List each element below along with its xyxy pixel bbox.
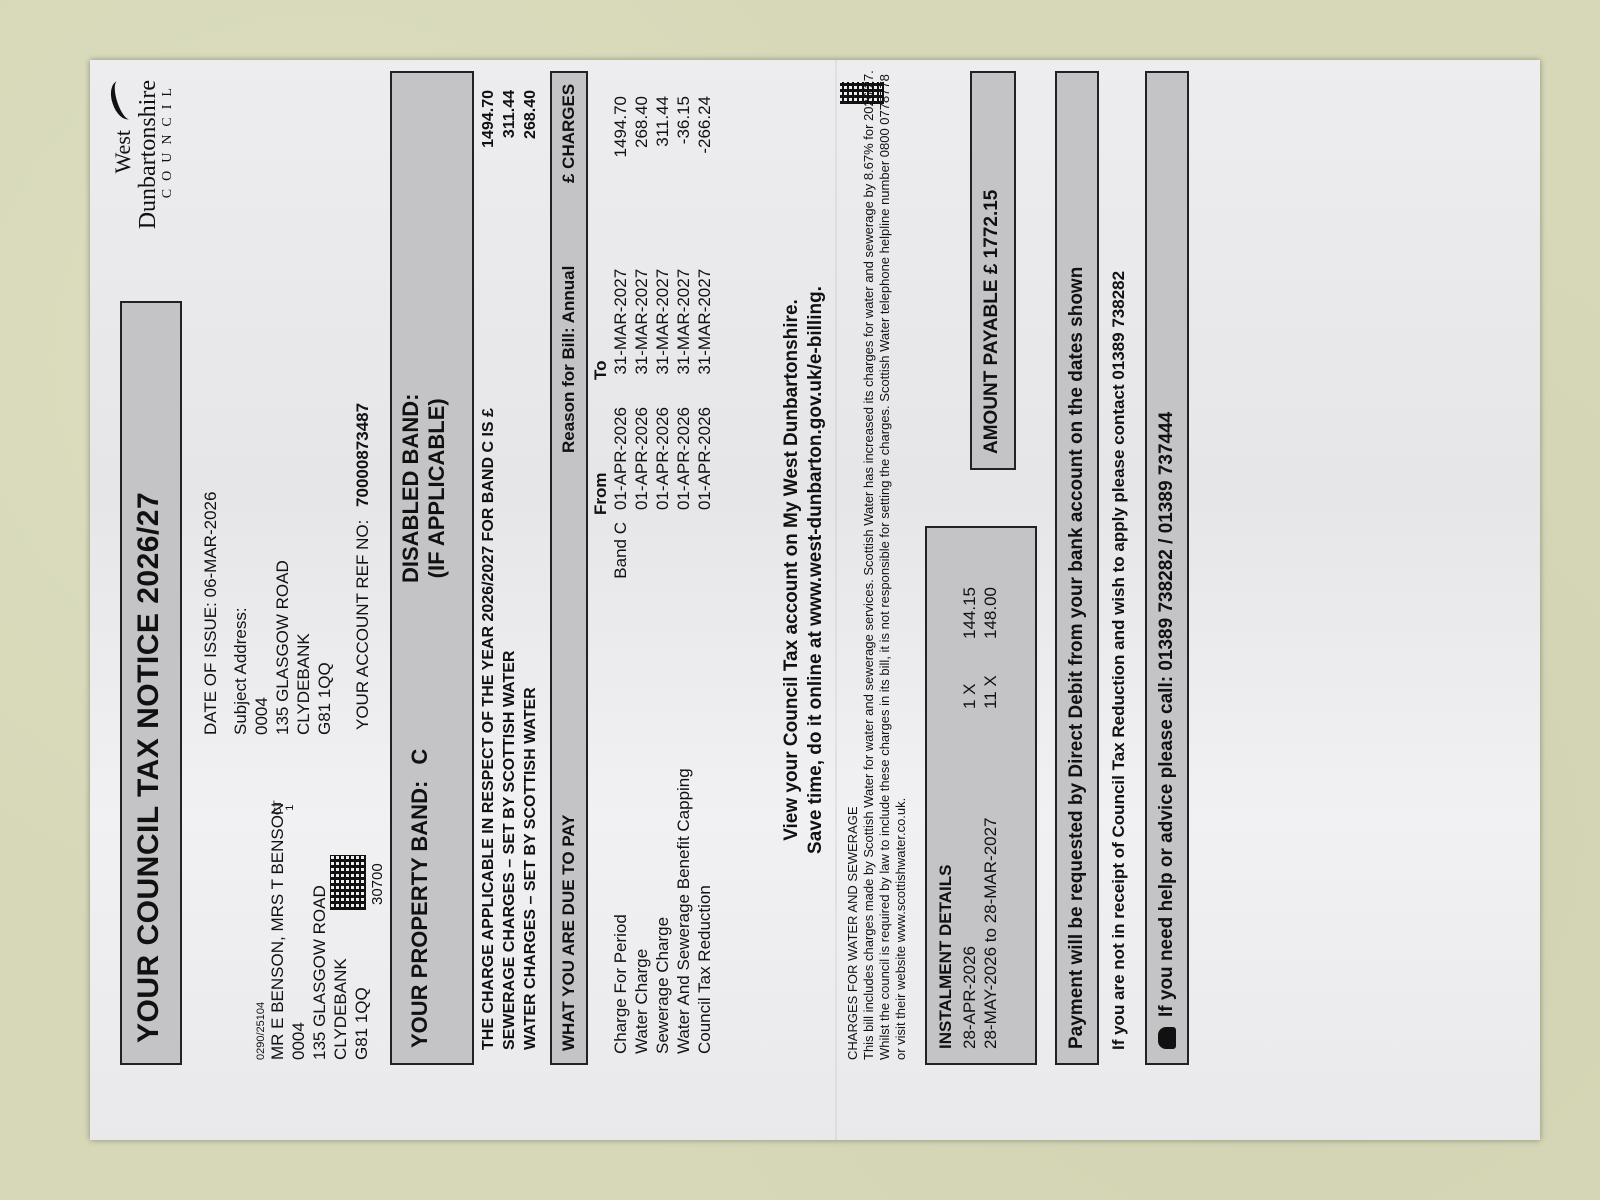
disabled-band-note: (IF APPLICABLE)	[424, 394, 450, 583]
online-message: View your Council Tax account on My West…	[780, 75, 828, 1065]
council-logo: West Dunbartonshire COUNCIL	[110, 80, 176, 260]
date-of-issue-label: DATE OF ISSUE:	[201, 602, 220, 735]
charge-amount: 268.40	[631, 90, 652, 242]
water-notice-heading: CHARGES FOR WATER AND SEWERAGE	[845, 60, 861, 1060]
instalment-row: 28-MAY-2026 to 28-MAR-202711 X148.00	[980, 544, 1001, 1049]
charge-row: Sewerage Charge01-APR-202631-MAR-2027311…	[652, 90, 673, 1060]
amount-payable-label: AMOUNT PAYABLE £	[981, 264, 1002, 454]
property-band-label: YOUR PROPERTY BAND:	[407, 781, 432, 1048]
charge-description: Water And Sewerage Benefit Capping	[673, 628, 694, 1060]
telephone-icon	[1158, 1027, 1176, 1049]
ct-label: CT	[272, 800, 284, 815]
col-from: From	[590, 473, 611, 516]
recipient-name: MR E BENSON, MRS T BENSON	[267, 803, 288, 1060]
charge-row: Water And Sewerage Benefit Capping01-APR…	[673, 90, 694, 1060]
charge-from: 01-APR-2026	[631, 381, 652, 516]
property-band-value: C	[407, 749, 432, 765]
band-charge-line: WATER CHARGES – SET BY SCOTTISH WATER268…	[520, 90, 541, 1050]
charge-amount: -266.24	[694, 90, 715, 242]
charge-band	[694, 516, 715, 628]
charge-row: Water Charge01-APR-202631-MAR-2027268.40	[631, 90, 652, 1060]
subject-address-line: G81 1QQ	[314, 560, 335, 735]
charge-row: Charge For PeriodBand C01-APR-202631-MAR…	[610, 90, 631, 1060]
date-of-issue: DATE OF ISSUE: 06-MAR-2026	[200, 492, 221, 735]
band-charge-text: SEWERAGE CHARGES – SET BY SCOTTISH WATER	[499, 651, 520, 1050]
instalment-header: INSTALMENT DETAILS	[935, 865, 956, 1049]
reduction-note: If you are not in receipt of Council Tax…	[1108, 271, 1129, 1050]
charge-to: 31-MAR-2027	[652, 242, 673, 381]
subject-address-line: CLYDEBANK	[293, 560, 314, 735]
subject-address-line: 135 GLASGOW ROAD	[272, 560, 293, 735]
account-ref-label: YOUR ACCOUNT REF NO:	[353, 520, 372, 730]
band-charge-line: SEWERAGE CHARGES – SET BY SCOTTISH WATER…	[499, 90, 520, 1050]
instalment-dates: 28-MAY-2026 to 28-MAR-2027	[980, 709, 1001, 1049]
logo-dunbartonshire: Dunbartonshire	[136, 80, 160, 260]
charge-to: 31-MAR-2027	[631, 242, 652, 381]
help-text: If you need help or advice please call: …	[1156, 412, 1177, 1017]
charge-row: Council Tax Reduction01-APR-202631-MAR-2…	[694, 90, 715, 1060]
ct-code: CT 1	[272, 800, 296, 815]
property-band-box: YOUR PROPERTY BAND: C DISABLED BAND: (IF…	[390, 71, 474, 1065]
instalment-count: 1 X	[959, 639, 980, 709]
charge-from: 01-APR-2026	[610, 381, 631, 516]
recipient-block: 0290/25104 MR E BENSON, MRS T BENSON 000…	[255, 803, 372, 1060]
payment-note-box: Payment will be requested by Direct Debi…	[1055, 71, 1099, 1065]
band-charge-amount: 268.40	[520, 90, 541, 139]
water-notice: CHARGES FOR WATER AND SEWERAGE This bill…	[845, 60, 909, 1060]
instalment-count: 11 X	[980, 639, 1001, 709]
charge-description: Sewerage Charge	[652, 628, 673, 1060]
recipient-address-line: G81 1QQ	[351, 803, 372, 1060]
subject-address-line: 0004	[251, 560, 272, 735]
disabled-band: DISABLED BAND: (IF APPLICABLE)	[398, 394, 450, 583]
due-header-box: WHAT YOU ARE DUE TO PAY Reason for Bill:…	[550, 71, 588, 1065]
account-ref: YOUR ACCOUNT REF NO: 70000873487	[352, 403, 373, 730]
online-line-1: View your Council Tax account on My West…	[780, 75, 804, 1065]
charge-description: Water Charge	[631, 628, 652, 1060]
charge-band	[673, 516, 694, 628]
date-of-issue-value: 06-MAR-2026	[201, 492, 220, 598]
instalment-amount: 144.15	[959, 587, 980, 639]
account-ref-value: 70000873487	[353, 403, 372, 507]
recipient-address-line: 135 GLASGOW ROAD	[309, 803, 330, 1060]
band-charge-amount: 311.44	[499, 90, 520, 138]
band-charge-line: THE CHARGE APPLICABLE IN RESPECT OF THE …	[478, 90, 499, 1050]
amount-payable-value: 1772.15	[981, 190, 1002, 259]
charge-band	[631, 516, 652, 628]
online-line-2[interactable]: Save time, do it online at www.west-dunb…	[804, 75, 828, 1065]
charges-table: Charge For PeriodBand C01-APR-202631-MAR…	[610, 90, 715, 1060]
paper-fold	[835, 60, 837, 1140]
address-barcode	[330, 855, 366, 910]
charge-to: 31-MAR-2027	[610, 242, 631, 381]
charge-band: Band C	[610, 516, 631, 628]
instalment-dates: 28-APR-2026	[959, 709, 980, 1049]
charge-to: 31-MAR-2027	[694, 242, 715, 381]
charge-description: Charge For Period	[610, 628, 631, 1060]
band-charge-amount: 1494.70	[478, 90, 499, 148]
help-line: If you need help or advice please call: …	[1156, 412, 1178, 1049]
charge-amount: 1494.70	[610, 90, 631, 242]
band-charge-text: THE CHARGE APPLICABLE IN RESPECT OF THE …	[478, 408, 499, 1050]
title-box: YOUR COUNCIL TAX NOTICE 2026/27	[120, 301, 182, 1065]
payment-note: Payment will be requested by Direct Debi…	[1066, 267, 1088, 1049]
charges-header: £ CHARGES	[558, 84, 579, 183]
notice-title: YOUR COUNCIL TAX NOTICE 2026/27	[132, 492, 166, 1043]
recipient-address-line: CLYDEBANK	[330, 803, 351, 1060]
amount-payable: AMOUNT PAYABLE £ 1772.15	[981, 190, 1003, 454]
barcode-number: 30700	[368, 863, 387, 905]
subject-address: Subject Address: 0004 135 GLASGOW ROAD C…	[230, 560, 335, 735]
help-box: If you need help or advice please call: …	[1145, 71, 1189, 1065]
recipient-address-line: 0004	[288, 803, 309, 1060]
council-tax-notice-paper: YOUR COUNCIL TAX NOTICE 2026/27 West Dun…	[90, 60, 1540, 1140]
band-charge-text: WATER CHARGES – SET BY SCOTTISH WATER	[520, 687, 541, 1050]
subject-address-label: Subject Address:	[230, 560, 251, 735]
reason-for-bill: Reason for Bill: Annual	[558, 266, 579, 453]
ct-value: 1	[284, 800, 296, 815]
instalment-row: 28-APR-20261 X144.15	[959, 544, 980, 1049]
band-charge-lines: THE CHARGE APPLICABLE IN RESPECT OF THE …	[478, 90, 541, 1050]
instalment-amount: 148.00	[980, 587, 1001, 639]
property-band: YOUR PROPERTY BAND: C	[407, 749, 433, 1048]
due-header: WHAT YOU ARE DUE TO PAY	[558, 815, 579, 1051]
col-to: To	[590, 360, 611, 380]
instalment-box: INSTALMENT DETAILS 28-APR-20261 X144.15 …	[925, 526, 1037, 1065]
disabled-band-label: DISABLED BAND:	[398, 394, 424, 583]
charge-to: 31-MAR-2027	[673, 242, 694, 381]
charge-band	[652, 516, 673, 628]
charge-from: 01-APR-2026	[652, 381, 673, 516]
charge-description: Council Tax Reduction	[694, 628, 715, 1060]
charge-from: 01-APR-2026	[673, 381, 694, 516]
water-notice-body: This bill includes charges made by Scott…	[861, 60, 909, 1060]
charge-amount: 311.44	[652, 90, 673, 242]
recipient-ref-code: 0290/25104	[255, 803, 267, 1060]
logo-council: COUNCIL	[160, 80, 176, 260]
instalment-rows: 28-APR-20261 X144.15 28-MAY-2026 to 28-M…	[959, 544, 1001, 1049]
charge-from: 01-APR-2026	[694, 381, 715, 516]
amount-payable-box: AMOUNT PAYABLE £ 1772.15	[970, 71, 1016, 470]
charge-amount: -36.15	[673, 90, 694, 242]
